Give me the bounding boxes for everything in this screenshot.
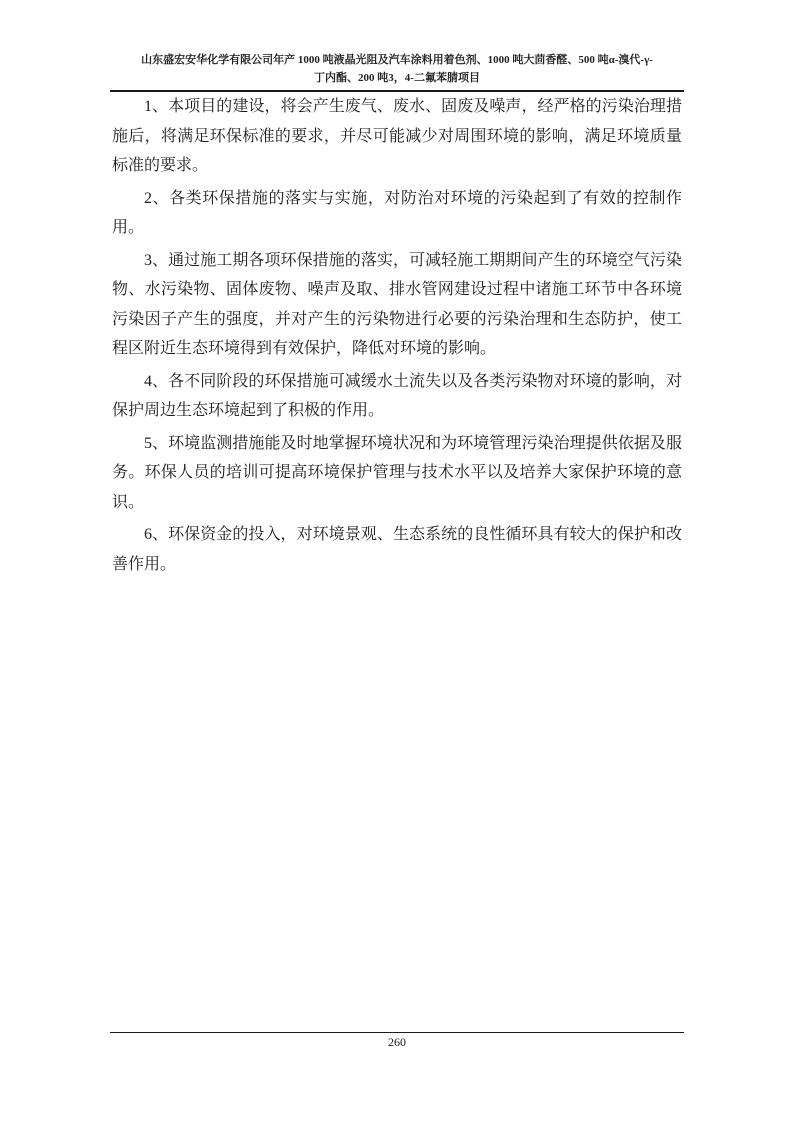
body-paragraph-2: 2、各类环保措施的落实与实施，对防治对环境的污染起到了有效的控制作用。 xyxy=(112,184,682,243)
header-title-line1: 山东盛宏安华化学有限公司年产 1000 吨液晶光阻及汽车涂料用着色剂、1000 … xyxy=(110,51,684,69)
footer-divider xyxy=(110,1032,684,1033)
header-title-line2: 丁内酯、200 吨3，4-二氟苯腈项目 xyxy=(110,69,684,87)
body-paragraph-5: 5、环境监测措施能及时地掌握环境状况和为环境管理污染治理提供依据及服务。环保人员… xyxy=(112,429,682,518)
document-page: 山东盛宏安华化学有限公司年产 1000 吨液晶光阻及汽车涂料用着色剂、1000 … xyxy=(0,0,794,1123)
body-paragraph-3: 3、通过施工期各项环保措施的落实，可减轻施工期期间产生的环境空气污染物、水污染物… xyxy=(112,246,682,364)
body-paragraph-1: 1、本项目的建设，将会产生废气、废水、固废及噪声，经严格的污染治理措施后，将满足… xyxy=(112,92,682,181)
document-header: 山东盛宏安华化学有限公司年产 1000 吨液晶光阻及汽车涂料用着色剂、1000 … xyxy=(110,51,684,92)
body-paragraph-6: 6、环保资金的投入，对环境景观、生态系统的良性循环具有较大的保护和改善作用。 xyxy=(112,520,682,579)
page-number: 260 xyxy=(0,1035,794,1050)
body-paragraph-4: 4、各不同阶段的环保措施可减缓水土流失以及各类污染物对环境的影响，对保护周边生态… xyxy=(112,367,682,426)
document-body: 1、本项目的建设，将会产生废气、废水、固废及噪声，经严格的污染治理措施后，将满足… xyxy=(112,92,682,582)
